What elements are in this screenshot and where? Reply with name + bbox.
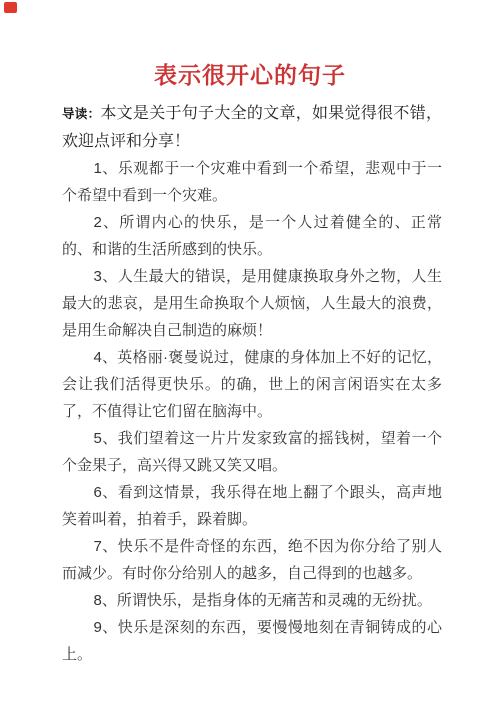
lead-label: 导读： <box>62 107 100 121</box>
sentence-item-6: 6、看到这情景，我乐得在地上翻了个跟头，高声地笑着叫着，拍着手，跺着脚。 <box>62 479 442 533</box>
article-body: 导读：本文是关于句子大全的文章，如果觉得很不错，欢迎点评和分享！ 1、乐观都于一… <box>62 100 442 668</box>
sentence-item-2: 2、所谓内心的快乐，是一个人过着健全的、正常的、和谐的生活所感到的快乐。 <box>62 209 442 263</box>
red-bookmark-icon <box>4 2 17 13</box>
sentence-item-7: 7、快乐不是件奇怪的东西，绝不因为你分给了别人而减少。有时你分给别人的越多，自己… <box>62 533 442 587</box>
document-page: 表示很开心的句子 导读：本文是关于句子大全的文章，如果觉得很不错，欢迎点评和分享… <box>0 0 500 708</box>
lead-text: 本文是关于句子大全的文章，如果觉得很不错，欢迎点评和分享！ <box>62 105 442 150</box>
sentence-item-9: 9、快乐是深刻的东西，要慢慢地刻在青铜铸成的心上。 <box>62 614 442 668</box>
sentence-item-3: 3、人生最大的错误，是用健康换取身外之物，人生最大的悲哀，是用生命换取个人烦恼，… <box>62 263 442 344</box>
lead-paragraph: 导读：本文是关于句子大全的文章，如果觉得很不错，欢迎点评和分享！ <box>62 100 442 155</box>
sentence-item-4: 4、英格丽·褒曼说过，健康的身体加上不好的记忆，会让我们活得更快乐。的确，世上的… <box>62 344 442 425</box>
sentence-item-5: 5、我们望着这一片片发家致富的摇钱树，望着一个个金果子，高兴得又跳又笑又唱。 <box>62 425 442 479</box>
page-title: 表示很开心的句子 <box>0 0 500 88</box>
sentence-item-1: 1、乐观都于一个灾难中看到一个希望，悲观中于一个希望中看到一个灾难。 <box>62 155 442 209</box>
sentence-item-8: 8、所谓快乐，是指身体的无痛苦和灵魂的无纷扰。 <box>62 587 442 614</box>
